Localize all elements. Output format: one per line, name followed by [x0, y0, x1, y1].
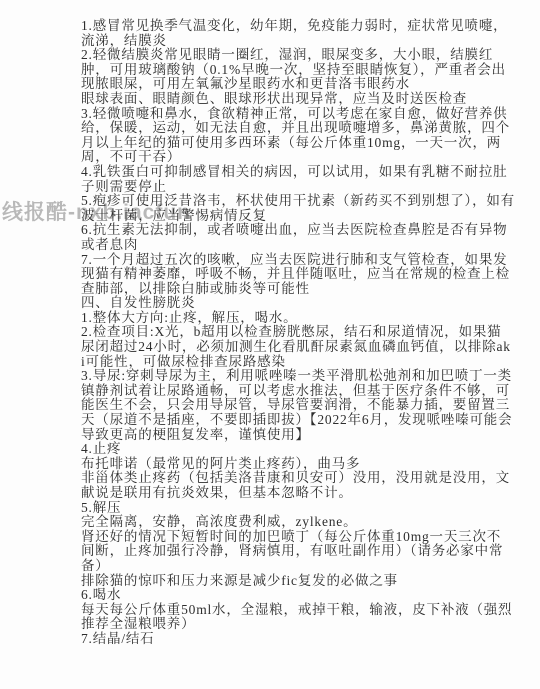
- paragraph: 3.导尿:穿刺导尿为主，利用哌唑嗪一类平滑肌松弛剂和加巴喷丁一类镇静剂试着让尿路…: [81, 369, 515, 442]
- paragraph: 排除猫的惊吓和压力来源是减少fic复发的必做之事: [81, 574, 515, 589]
- paragraph: 非甾体类止疼药（包括美洛昔康和贝安可）没用，没用就是没用，文献说是联用有抗炎效果…: [81, 471, 515, 500]
- paragraph: 6.抗生素无法抑制，或者喷嚏出血，应当去医院检查鼻腔是否有异物或者息肉: [81, 223, 515, 252]
- paragraph: 3.轻微喷嚏和鼻水，食欲精神正常，可以考虑在家自愈，做好营养供给，保暖，运动，如…: [81, 107, 515, 165]
- paragraph: 每天每公斤体重50ml水，全湿粮，戒掉干粮，输液，皮下补液（强烈推荐全湿粮喂养）: [81, 603, 515, 632]
- document-page: 线报酷-nxb.iacfun 1.感冒常见换季气温变化，幼年期，免疫能力弱时，症…: [0, 0, 540, 689]
- section-heading: 四、自发性膀胱炎: [81, 296, 515, 311]
- paragraph: 5.解压: [81, 501, 515, 516]
- paragraph: 4.乳铁蛋白可抑制感冒相关的病因，可以试用，如果有乳糖不耐拉肚子则需要停止: [81, 165, 515, 194]
- paragraph: 4.止疼: [81, 442, 515, 457]
- paragraph: 7.结晶/结石: [81, 632, 515, 647]
- paragraph: 5.疱疹可使用泛昔洛韦，杯状使用干扰素（新药买不到别想了），如有波士杆菌，应当警…: [81, 194, 515, 223]
- document-text-block: 1.感冒常见换季气温变化，幼年期，免疫能力弱时，症状常见喷嚏，流涕，结膜炎 2.…: [81, 19, 515, 647]
- paragraph: 2.轻微结膜炎常见眼睛一圈红，湿润，眼屎变多，大小眼，结膜红肿，可用玻璃酸钠（0…: [81, 48, 515, 92]
- paragraph: 肾还好的情况下短暂时间的加巴喷丁（每公斤体重10mg一天三次不间断，止疼加强行冷…: [81, 530, 515, 574]
- paragraph: 1.感冒常见换季气温变化，幼年期，免疫能力弱时，症状常见喷嚏，流涕，结膜炎: [81, 19, 515, 48]
- paragraph: 2.检查项目:X光，b超用以检查膀胱憋尿，结石和尿道情况，如果猫尿闭超过24小时…: [81, 325, 515, 369]
- paragraph: 完全隔离，安静，高浓度费利威，zylkene。: [81, 515, 515, 530]
- paragraph: 7.一个月超过五次的咳嗽，应当去医院进行肺和支气管检查，如果发现猫有精神萎靡，呼…: [81, 253, 515, 297]
- paragraph: 6.喝水: [81, 588, 515, 603]
- paragraph: 眼球表面、眼睛颜色、眼球形状出现异常，应当及时送医检查: [81, 92, 515, 107]
